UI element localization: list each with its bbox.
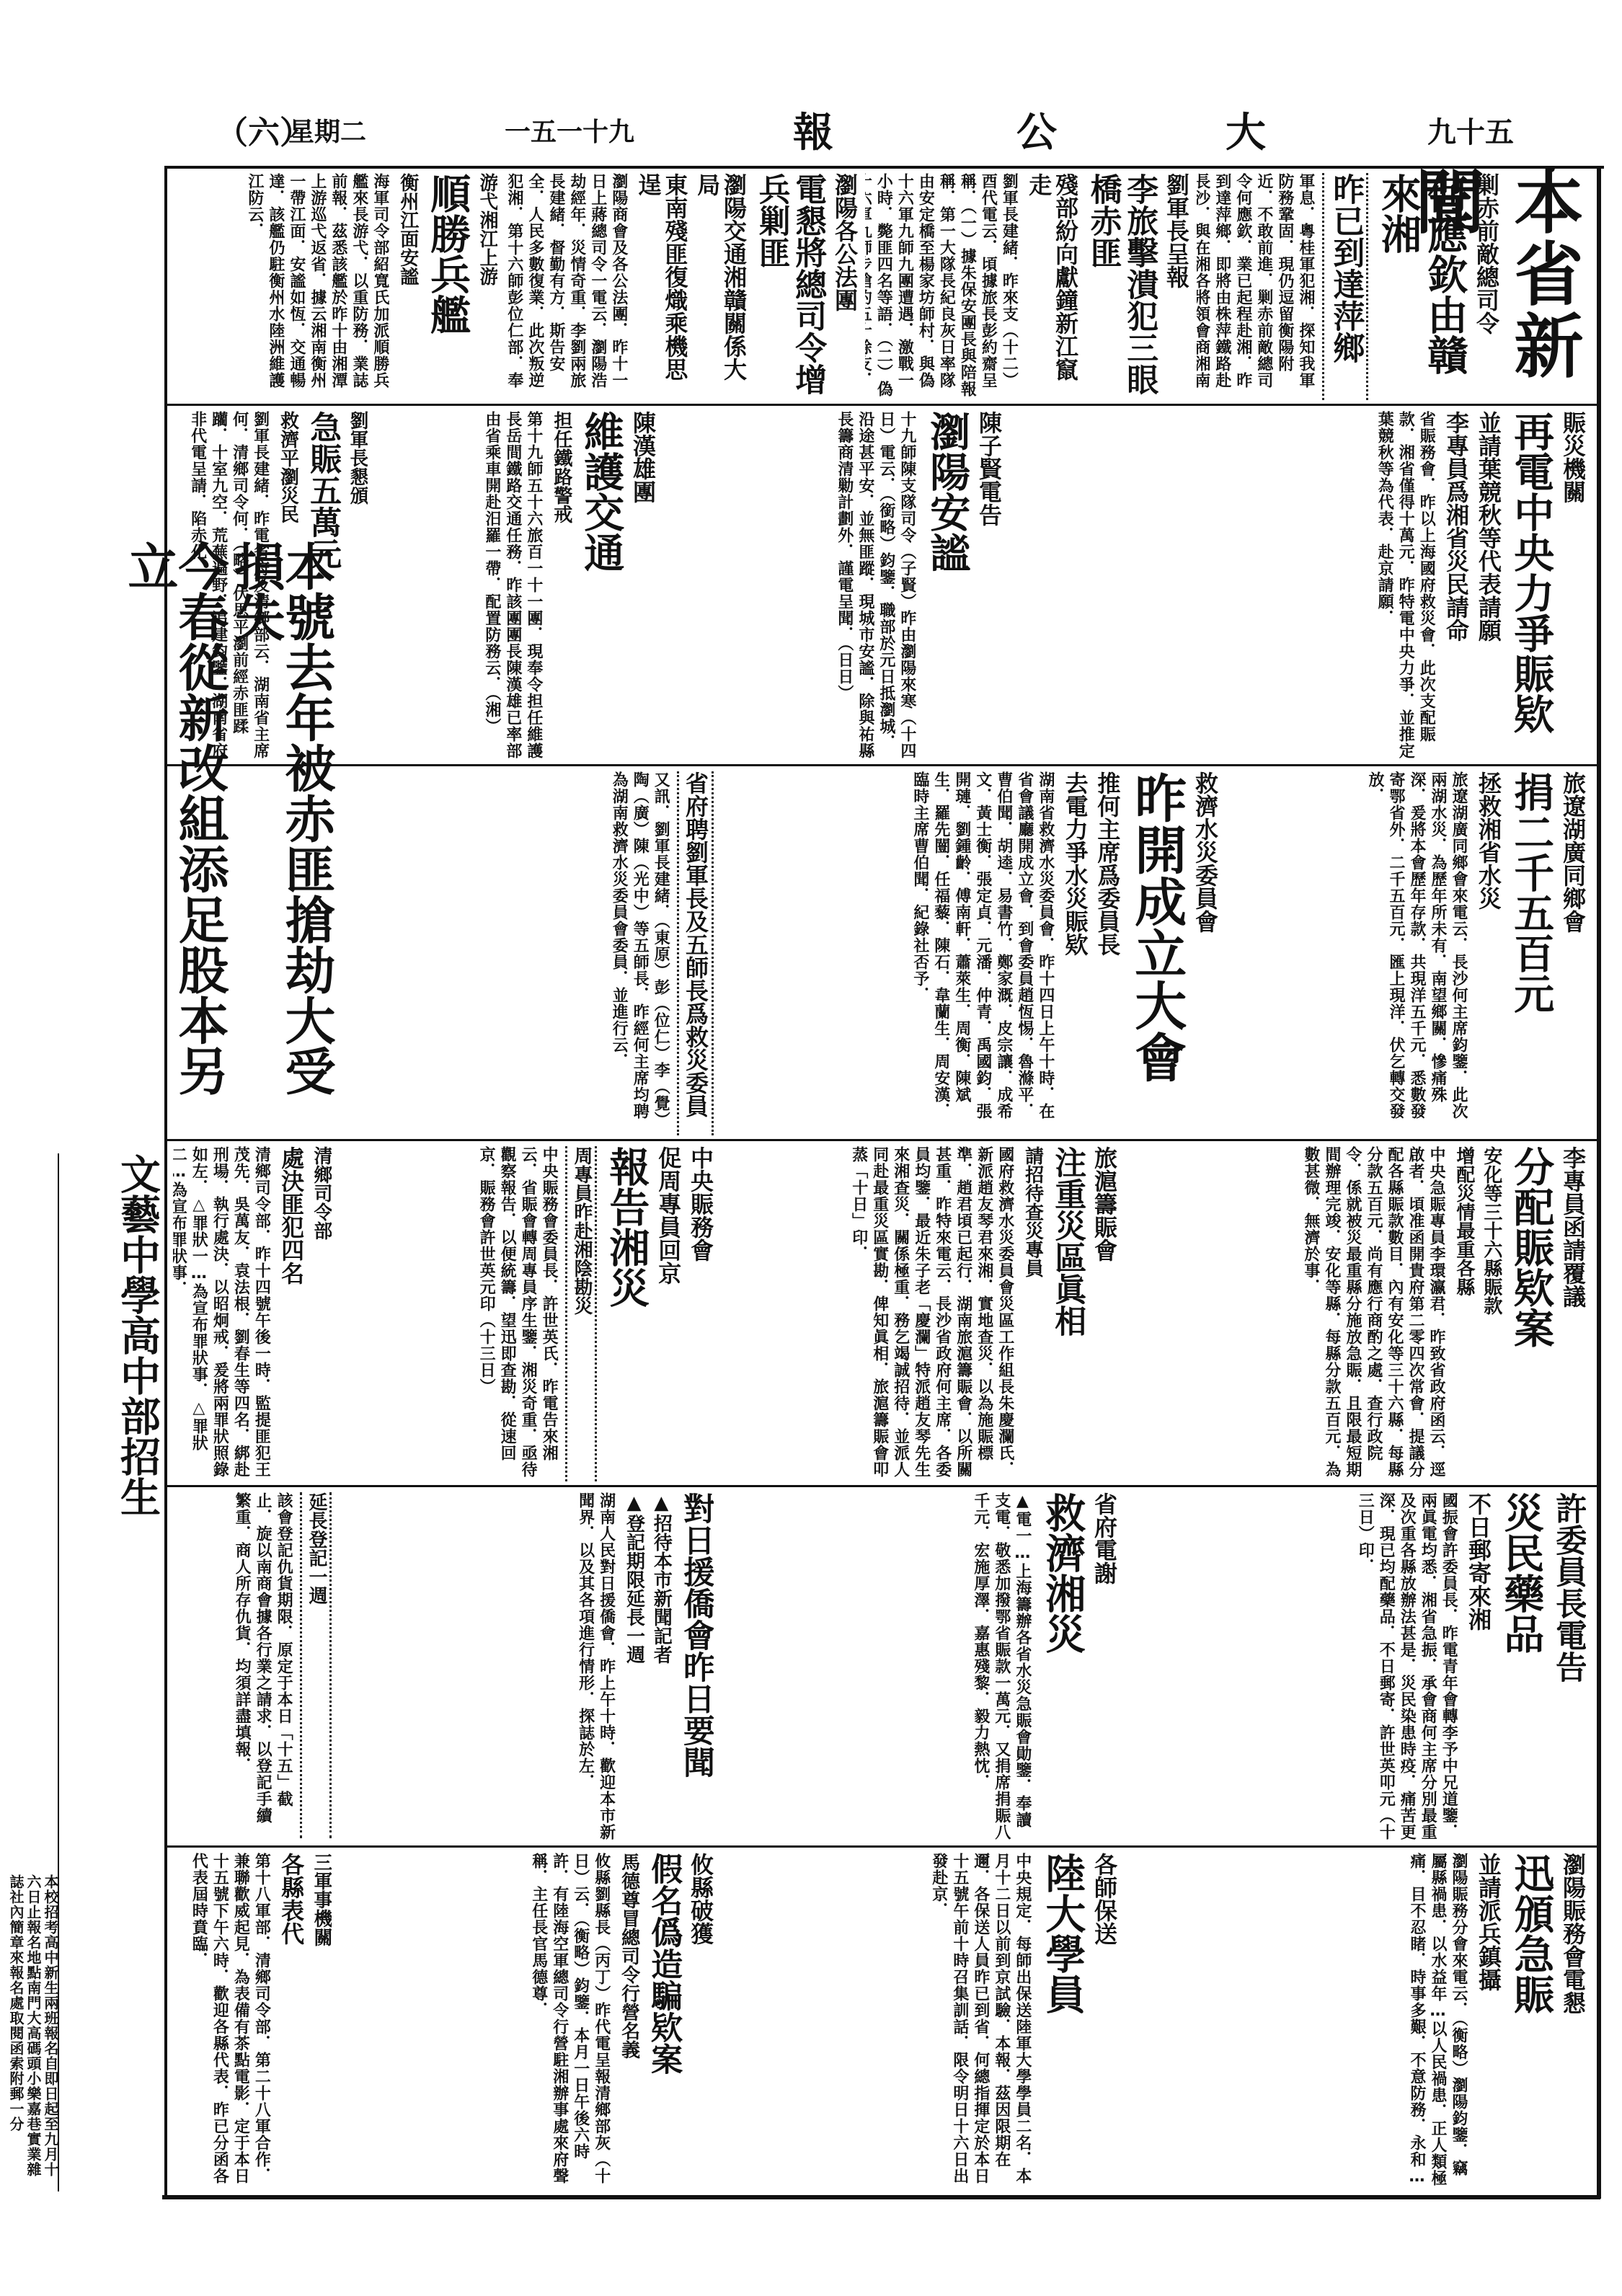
article-body: 海軍司令部紹寬氏加派順勝兵艦來長游弋．以重防務．業誌前報．茲悉該艦於昨十由湘潭上… bbox=[244, 173, 391, 400]
article-body: 攸縣劉縣長（丙丁）昨代電呈報清鄉部灰（十日）云．（衡略）鈞鑒．本月一日午後六時許… bbox=[528, 1853, 612, 2191]
kicker: 劉軍長呈報 bbox=[1163, 173, 1189, 400]
article-li-brigade: 劉軍長呈報 李旅擊潰犯三眼橋赤匪 殘部紛向獻鐘新江竄走 劉軍長建緒．昨來支（十二… bbox=[865, 173, 1189, 400]
article-zhou-report: 中央賑務會 促周專員回京 報告湘災 周專員昨赴湘陰勘災 中央賑務會委員長．許世英… bbox=[339, 1146, 714, 1481]
anti-bandit-ad: 本號去年被赤匪搶劫大受損失 今春從新改組添足股本另立 bbox=[43, 541, 332, 1117]
subhead-2: 東南殘匪復熾乘機思逞 bbox=[635, 173, 688, 400]
headline: 處決匪犯四名 bbox=[278, 1146, 304, 1481]
top-rule bbox=[166, 166, 1604, 169]
article-body: 瀏陽商會及各公法團．昨十一日上蔣總司令一電云．瀏陽浩劫經年．災情奇重．李劉兩旅長… bbox=[505, 173, 629, 400]
article-body: 中央急賑專員李環瀛君．昨致省政府函云．逕啟者．頃准函開貴府第二零四次常會．提議分… bbox=[1300, 1146, 1447, 1481]
article-body: 中央規定．每師出保送陸軍大學學員二名．本月十二日以前到京試驗．本報．茲因限期在邇… bbox=[929, 1853, 1033, 2191]
article-central-relief: 賑災機關 再電中央力爭賑欵 並請葉競秋等代表請願 李專員爲湘省災民請命 省賑務會… bbox=[1009, 411, 1586, 761]
paper-name-char-3: 報 bbox=[793, 101, 833, 159]
subhead: 安化等三十六縣賑款 bbox=[1480, 1146, 1502, 1481]
subhead-2: 李專員爲湘省災民請命 bbox=[1442, 411, 1469, 761]
article-county-reps: 三軍事機關 各縣表代 第十八軍部．清鄉司令部．第二十八軍合作．兼聯歡威起見．為表… bbox=[173, 1853, 332, 2191]
article-body: 清鄉司令部．昨十四號午後一時．監提匪犯王茂先．吳萬友．袁法根．劉春生等四名．綁赴… bbox=[173, 1146, 272, 1481]
article-military-academy: 各師保送 陸大學員 中央規定．每師出保送陸軍大學學員二名．本月十二日以前到京試驗… bbox=[721, 1853, 1117, 2191]
subhead-2: ▲登記期限延長一週 bbox=[623, 1492, 644, 1842]
article-distribution: 李專員函請覆議 分配賑欵案 安化等三十六縣賑款 增配災情最重各縣 中央急賑專員李… bbox=[1125, 1146, 1586, 1481]
article-body: 該會登記仇貨期限．原定于本日「十五」截止．旋以南商會據各行業之請求．以登記手續繁… bbox=[231, 1492, 294, 1838]
headline: 捐二千五百元 bbox=[1507, 771, 1554, 1135]
article-body: 又訊．劉軍長建緒．（東原）彭（位仁）李（覺）陶（廣）陳（光中）等五師長．昨經何主… bbox=[608, 771, 671, 1135]
kicker: 剿赤前敵總司令 bbox=[1473, 173, 1499, 400]
headline: 順勝兵艦 bbox=[424, 173, 470, 400]
article-liuyang-relief: 瀏陽賑務會電懇 迅頒急賑 並請派兵鎮攝 瀏陽賑務分會來電云．（衡略）瀏陽鈞鑒．竊… bbox=[1125, 1853, 1586, 2191]
article-he-yingqin: 剿赤前敵總司令 何應欽由贛來湘 昨已到達萍鄉 軍息．粵桂軍犯湘．探知我軍防務鞏固… bbox=[1197, 173, 1499, 400]
school-ad-body: 本校招考高中新生兩班報名自即日起至九月十六日止報名地點南門大高碼頭小樂嘉巷實業雜… bbox=[7, 1874, 58, 2191]
article-body: ▲電一…上海籌辦各省水災急賑會勛鑒．奉讀支電．敬悉加撥鄂省賑款一萬元．又捐席捐賑… bbox=[970, 1492, 1033, 1842]
subhead-2: 增配災情最重各縣 bbox=[1453, 1146, 1474, 1481]
article-execution: 清鄉司令部 處決匪犯四名 清鄉司令部．昨十四號午後一時．監提匪犯王茂先．吳萬友．… bbox=[173, 1146, 332, 1481]
kicker: 劉軍長懇頒 bbox=[346, 411, 368, 761]
article-fake-name: 攸縣破獲 假名僞造騙欵案 馬德尊冒總司令行營名義 攸縣劉縣長（丙丁）昨代電呈報清… bbox=[339, 1853, 714, 2191]
article-body: 旅遼湖廣同鄉會來電云．長沙何主席鈞鑒．此次兩湖水災．為歷年所未有．南望鄉關．慘痛… bbox=[1365, 771, 1469, 1135]
kicker: 賑災機關 bbox=[1559, 411, 1586, 761]
school-ad-headline: 文藝中學高中部招生 bbox=[114, 1153, 160, 2191]
article-province-appoint: 省府聘劉軍長及五師長爲救災委員 又訊．劉軍長建緒．（東原）彭（位仁）李（覺）陶（… bbox=[375, 771, 714, 1135]
school-ad: 文藝中學高中部招生 bbox=[58, 1153, 160, 2191]
kicker: 各師保送 bbox=[1091, 1853, 1117, 2191]
article-save-xiang: 省府電謝 救濟湘災 ▲電一…上海籌辦各省水災急賑會勛鑒．奉讀支電．敬悉加撥鄂省賑… bbox=[721, 1492, 1117, 1842]
row-rule-5 bbox=[166, 1845, 1597, 1848]
article-chen-zixian: 陳子賢電告 瀏陽安謐 十九師陳支隊司令（子賢）昨由瀏陽來寒（十四日）電云．（銜略… bbox=[663, 411, 1002, 761]
masthead: （六） 星期二 一五一十九 報 公 大 九十五 bbox=[202, 108, 1600, 151]
subhead: 促周專員回京 bbox=[655, 1146, 681, 1481]
headline: 對日援僑會昨日要聞 bbox=[677, 1492, 714, 1842]
subhead: 馬德尊冒總司令行營名義 bbox=[618, 1853, 639, 2191]
subhead: 拯救湘省水災 bbox=[1475, 771, 1502, 1135]
article-body: 軍息．粵桂軍犯湘．探知我軍防務鞏固．現仍逗留衡陽附近．不敢前進．剿赤前敵總司令何… bbox=[1197, 173, 1316, 400]
kicker: 中央賑務會 bbox=[687, 1146, 714, 1481]
headline: 災民藥品 bbox=[1497, 1492, 1543, 1842]
subhead: 瀏陽交通湘贛關係大局 bbox=[693, 173, 747, 400]
row-rule-1 bbox=[166, 404, 1597, 406]
article-gunboat: 游弋湘江上游 順勝兵艦 衡州江面安謐 海軍司令部紹寬氏加派順勝兵艦來長游弋．以重… bbox=[173, 173, 497, 400]
bottom-rule bbox=[162, 2195, 1600, 2199]
article-anti-japan: 對日援僑會昨日要聞 ▲招待本市新聞記者 ▲登記期限延長一週 湖南人民對日援僑會．… bbox=[339, 1492, 714, 1842]
article-body: 中央賑務會委員長．許世英氏．昨電告來湘云．省賑會轉周專員序生鑒．湘災奇重．亟待觀… bbox=[476, 1146, 559, 1481]
article-body: 國府救濟水災委員會災區工作組長朱慶瀾氏．新派趙友琴君來湘．實地查災．以為施賑標準… bbox=[848, 1146, 1016, 1481]
article-flood-committee: 救濟水災委員會 昨開成立大會 推何主席爲委員長 去電力爭水災賑欵 湖南省救濟水災… bbox=[721, 771, 1218, 1135]
year-marker: 九十五 bbox=[1427, 110, 1514, 151]
kicker: 瀏陽各公法團 bbox=[831, 173, 858, 400]
subhead: 不日郵寄來湘 bbox=[1465, 1492, 1492, 1842]
kicker: 許委員長電告 bbox=[1549, 1492, 1586, 1842]
weekday: 星期二 bbox=[288, 112, 366, 149]
headline: 陸大學員 bbox=[1039, 1853, 1085, 2191]
row-rule-2 bbox=[166, 764, 1597, 766]
left-border bbox=[164, 166, 167, 2199]
subhead: 殘部紛向獻鐘新江竄走 bbox=[1025, 173, 1078, 400]
article-body: 省賑務會．昨以上海國府救災會．此次支配賑款．湘省僅得十萬元．昨特電中央力爭．並推… bbox=[1374, 411, 1437, 761]
article-body: 第十八軍部．清鄉司令部．第二十八軍合作．兼聯歡威起見．為表備有茶點電影．定于本日… bbox=[188, 1853, 272, 2191]
article-body: 湖南省救濟水災委員會．昨十四日上午十時．在省會議廳開成立會．到會委員趙恆惕．魯滌… bbox=[910, 771, 1056, 1135]
subhead: 担任鐵路警戒 bbox=[550, 411, 572, 761]
headline: 瀏陽安謐 bbox=[923, 411, 970, 761]
subhead: ▲招待本市新聞記者 bbox=[650, 1492, 672, 1842]
newspaper-page: （六） 星期二 一五一十九 報 公 大 九十五 本省新聞 剿赤前敵總司令 何應欽… bbox=[0, 0, 1622, 2296]
subhead-2: 周專員昨赴湘陰勘災 bbox=[565, 1146, 597, 1481]
subhead: 衡州江面安謐 bbox=[396, 173, 418, 400]
row-rule-4 bbox=[166, 1485, 1597, 1487]
kicker: 旅遼湖廣同鄉會 bbox=[1559, 771, 1586, 1135]
article-body: 劉軍長建緒．昨來支（十二）酉代電云．頃據旅長彭約齋呈稱．（一）據朱保安團長與陪報… bbox=[865, 173, 1019, 400]
headline: 再電中央力爭賑欵 bbox=[1507, 411, 1554, 761]
headline: 注重災區眞相 bbox=[1049, 1146, 1086, 1481]
subhead-2: 去電力爭水災賑欵 bbox=[1062, 771, 1089, 1135]
article-body: 十九師陳支隊司令（子賢）昨由瀏陽來寒（十四日）電云．（銜略）鈞鑒．職部於元日抵瀏… bbox=[834, 411, 918, 761]
section-title: 本省新聞 bbox=[1499, 166, 1593, 404]
headline: 分配賑欵案 bbox=[1507, 1146, 1554, 1481]
kicker: 陳子賢電告 bbox=[975, 411, 1002, 761]
subhead: 並請葉競秋等代表請願 bbox=[1475, 411, 1502, 761]
date-roc: 一五一十九 bbox=[505, 112, 634, 149]
article-body: 國振會許委員長．昨電青年會轉李予中兄道鑒．兩眞電均悉．湘省急振．承會商何主席分別… bbox=[1355, 1492, 1459, 1842]
article-han-xiong: 陳漢雄團 維護交通 担任鐵路警戒 第十九師五十六旅百一十一團．現奉令担任維護長岳… bbox=[375, 411, 656, 761]
headline: 迅頒急賑 bbox=[1507, 1853, 1554, 2191]
headline: 何應欽由贛來湘 bbox=[1374, 173, 1467, 400]
article-registration: 延長登記一週 該會登記仇貨期限．原定于本日「十五」截止．旋以南商會據各行業之請求… bbox=[173, 1492, 332, 1838]
article-xu-committee: 許委員長電告 災民藥品 不日郵寄來湘 國振會許委員長．昨電青年會轉李予中兄道鑒．… bbox=[1125, 1492, 1586, 1842]
headline: 昨開成立大會 bbox=[1126, 771, 1186, 1135]
subhead: 推何主席爲委員長 bbox=[1094, 771, 1121, 1135]
headline: 李旅擊潰犯三眼橋赤匪 bbox=[1084, 173, 1157, 400]
kicker: 陳漢雄團 bbox=[629, 411, 656, 761]
headline: 電懇將總司令增兵剿匪 bbox=[753, 173, 825, 400]
headline: 各縣表代 bbox=[278, 1853, 304, 2191]
headline: 報告湘災 bbox=[603, 1146, 649, 1481]
article-body: 瀏陽賑務分會來電云．（衡略）瀏陽鈞鑒．竊屬縣禍患．以水益年…以人民禍患．正人類極… bbox=[1406, 1853, 1469, 2191]
subhead: 並請派兵鎮攝 bbox=[1475, 1853, 1502, 2191]
article-xinhua-relief: 旅滬籌賑會 注重災區眞相 請招待查災專員 國府救濟水災委員會災區工作組長朱慶瀾氏… bbox=[721, 1146, 1117, 1481]
kicker: 清鄉司令部 bbox=[310, 1146, 332, 1481]
headline: 維護交通 bbox=[577, 411, 624, 761]
article-body: 湖南人民對日援僑會．昨上午十時．歡迎本市新聞界．以及其各項進行情形．探誌於左． bbox=[575, 1492, 617, 1842]
article-body: 第十九師五十六旅百一十一團．現奉令担任維護長岳間鐵路交通任務．昨該團團長陳漢雄已… bbox=[482, 411, 544, 761]
kicker: 省府電謝 bbox=[1091, 1492, 1117, 1842]
kicker: 李專員函請覆議 bbox=[1559, 1146, 1586, 1481]
kicker: 攸縣破獲 bbox=[687, 1853, 714, 2191]
ad-column: 今春從新改組添足股本另立 bbox=[124, 541, 225, 1117]
article-liuyang-gonfa: 瀏陽各公法團 電懇將總司令增兵剿匪 瀏陽交通湘贛關係大局 東南殘匪復熾乘機思逞 … bbox=[505, 173, 858, 400]
kicker: 延長登記一週 bbox=[300, 1492, 332, 1838]
kicker: 三軍事機關 bbox=[310, 1853, 332, 2191]
subhead: 昨已到達萍鄉 bbox=[1322, 173, 1369, 400]
kicker: 救濟水災委員會 bbox=[1192, 771, 1218, 1135]
article-travel-assoc: 旅遼湖廣同鄉會 捐二千五百元 拯救湘省水災 旅遼湖廣同鄉會來電云．長沙何主席鈞鑒… bbox=[1226, 771, 1586, 1135]
ad-column: 本號去年被赤匪搶劫大受損失 bbox=[231, 541, 332, 1117]
kicker: 游弋湘江上游 bbox=[476, 173, 497, 400]
paper-name-char-2: 公 bbox=[1016, 101, 1057, 159]
paper-name-char-1: 大 bbox=[1226, 101, 1266, 159]
row-rule-3 bbox=[166, 1139, 1597, 1141]
right-border bbox=[1597, 166, 1601, 2199]
headline: 救濟湘災 bbox=[1039, 1492, 1085, 1842]
kicker: 省府聘劉軍長及五師長爲救災委員 bbox=[677, 771, 714, 1135]
school-ad-text: 本校招考高中新生兩班報名自即日起至九月十六日止報名地點南門大高碼頭小樂嘉巷實業雜… bbox=[7, 1874, 58, 2191]
subhead: 請招待查災專員 bbox=[1021, 1146, 1043, 1481]
headline: 假名僞造騙欵案 bbox=[645, 1853, 682, 2191]
kicker: 旅滬籌賑會 bbox=[1091, 1146, 1117, 1481]
kicker: 瀏陽賑務會電懇 bbox=[1559, 1853, 1586, 2191]
